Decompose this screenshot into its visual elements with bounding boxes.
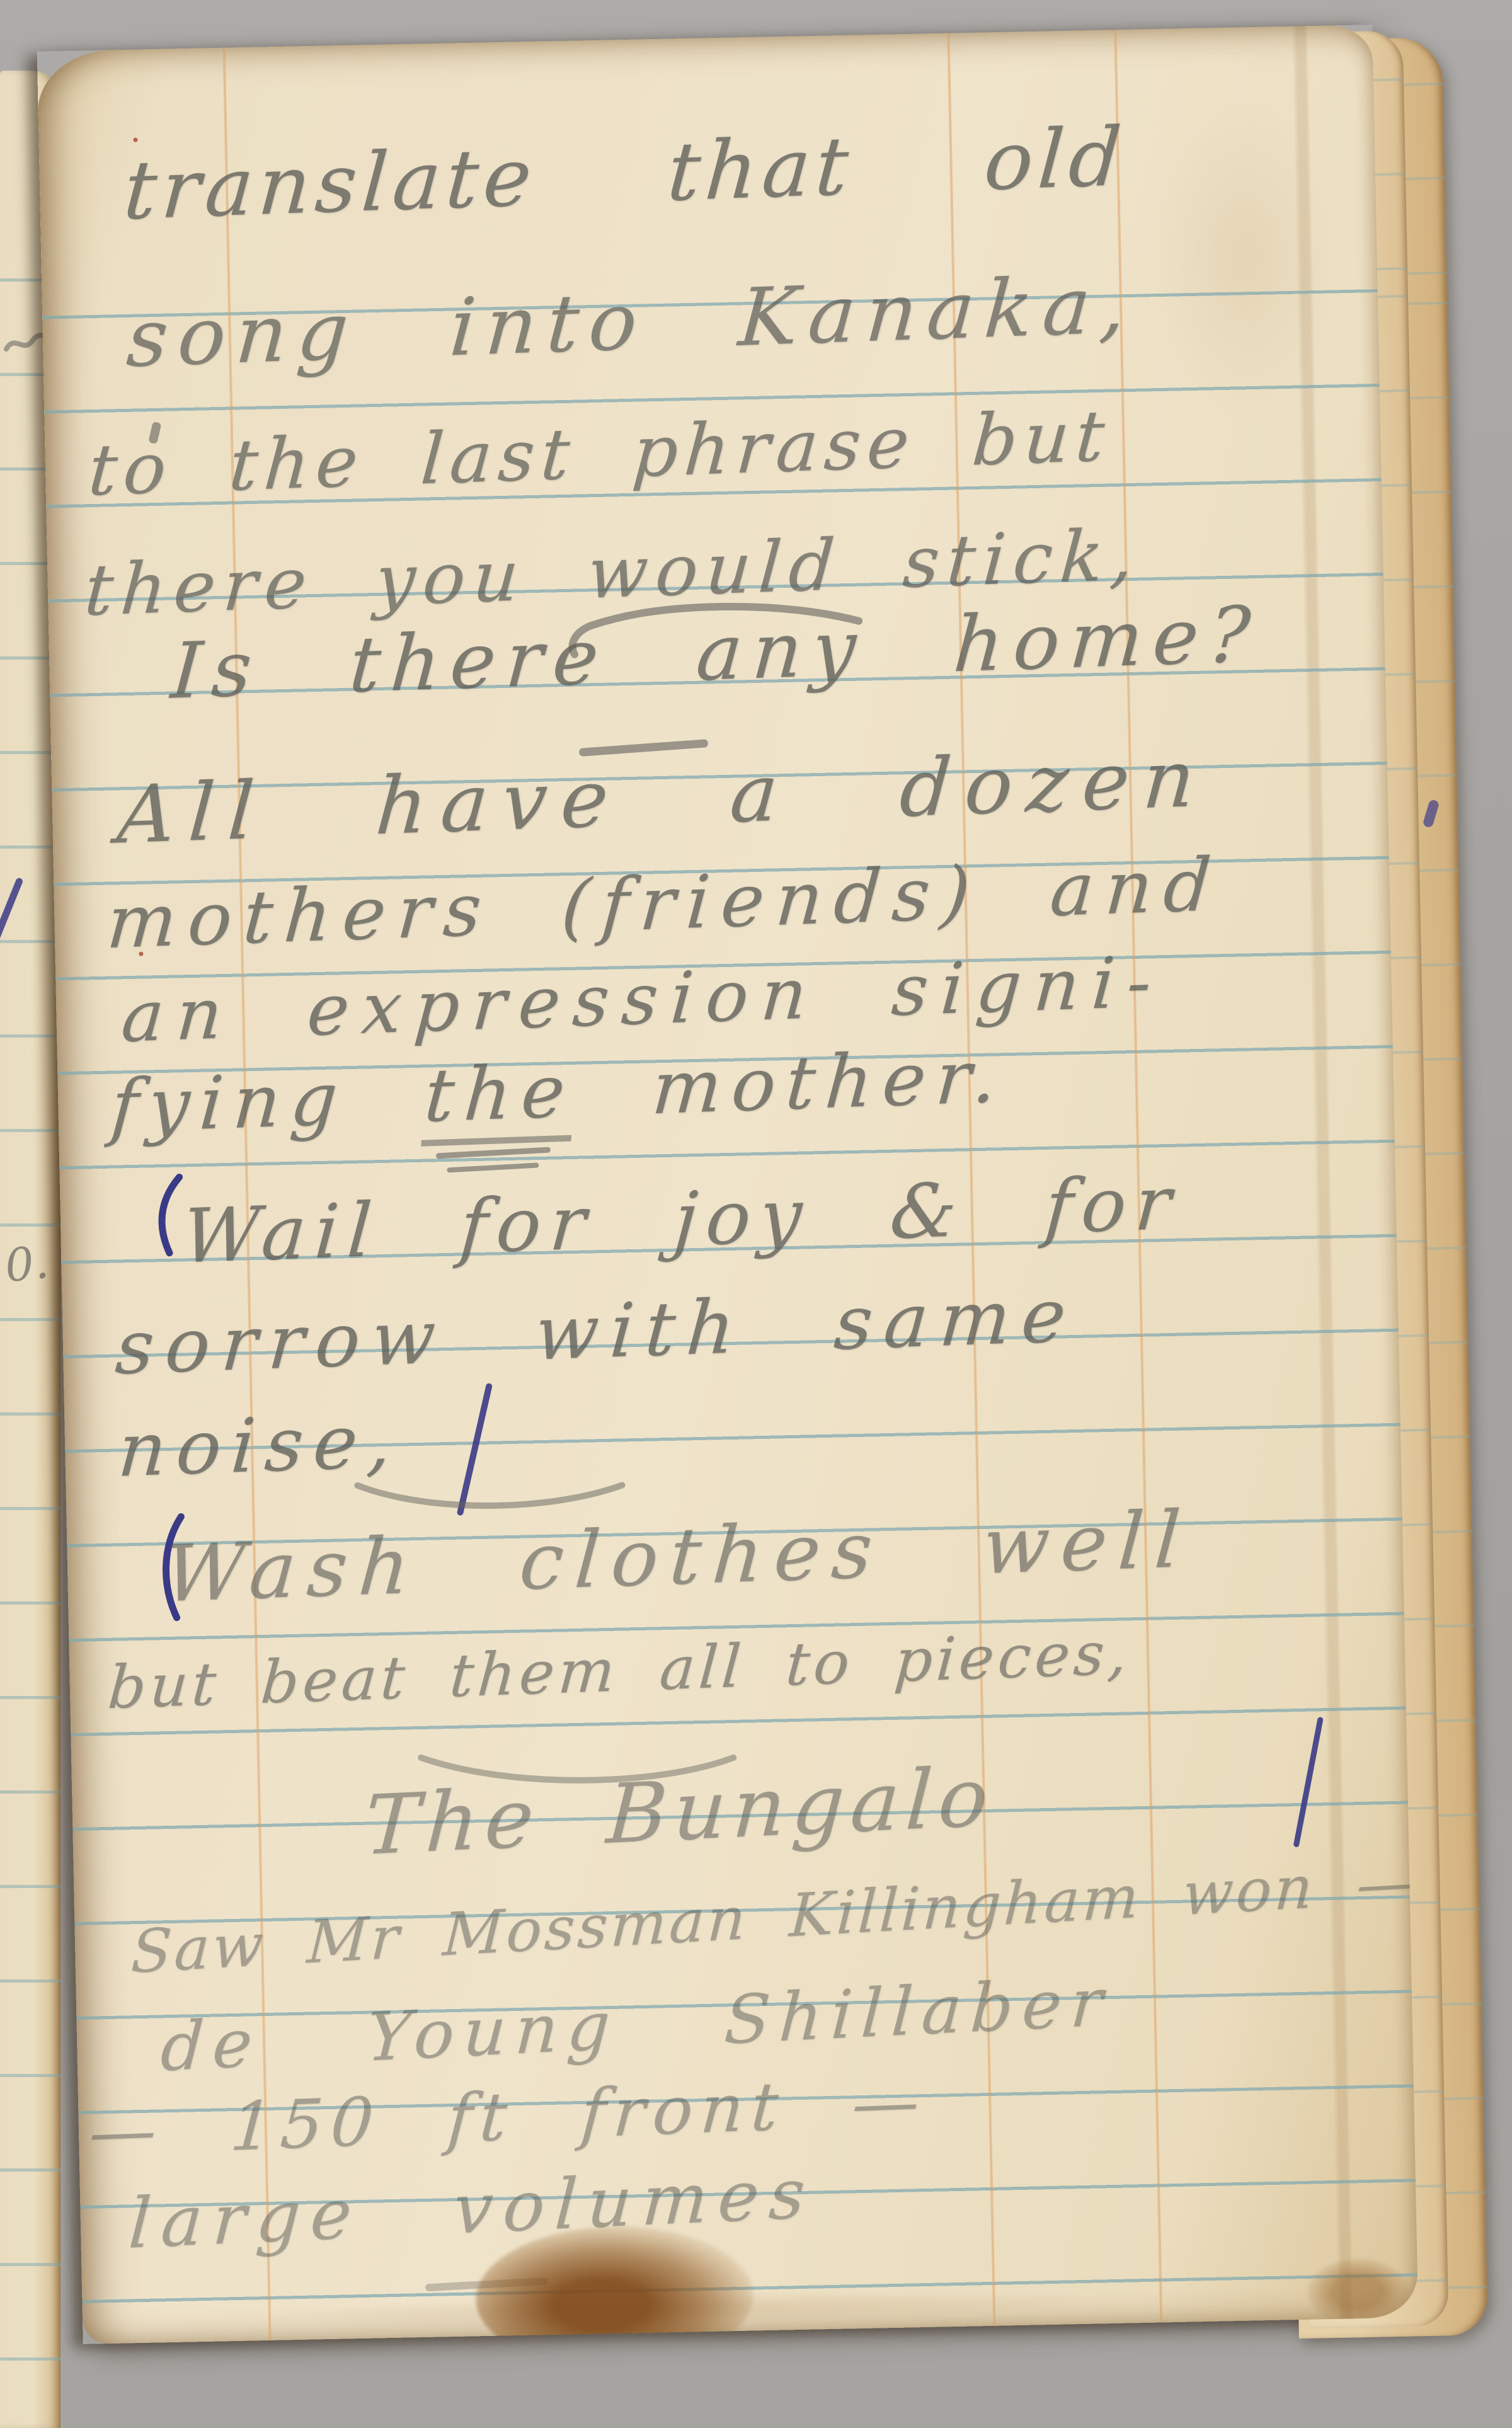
pencil-underline <box>447 1162 539 1172</box>
handwriting-line: mothers (friends) and <box>105 849 1225 959</box>
handwriting-line: Wail for joy & for <box>180 1165 1182 1273</box>
ink-slash-mark <box>0 877 24 945</box>
pencil-underline <box>436 1147 551 1159</box>
handwriting-line: sorrow with same <box>113 1278 1080 1385</box>
handwriting-layer: translate that old song into Kanaka, to … <box>37 25 1419 2344</box>
underlined-word: the <box>421 1048 578 1146</box>
ink-slash-mark <box>1293 1717 1324 1848</box>
handwriting-line: fying the mother. <box>108 1040 1009 1144</box>
notebook-page: translate that old song into Kanaka, to … <box>37 25 1419 2344</box>
handwriting-line: Saw Mr Mossman Killingham won — <box>130 1853 1418 1983</box>
line-segment: mother. <box>572 1034 1009 1134</box>
handwriting-line: Wash clothes well <box>162 1501 1194 1614</box>
paper-speck <box>139 952 143 956</box>
scanned-notebook-photo: 0. translate that old song into Kanaka, … <box>0 0 1512 2428</box>
handwriting-line: translate that old <box>122 117 1129 232</box>
handwriting-line: de Young Shillaber <box>159 1969 1113 2081</box>
line-segment: fying <box>108 1053 428 1149</box>
handwriting-line: to the last phrase but <box>86 401 1113 506</box>
page-surface: translate that old song into Kanaka, to … <box>37 25 1419 2344</box>
stain-blot <box>1307 2258 1409 2326</box>
margin-pencil-note: 0. <box>3 1235 51 1293</box>
handwriting-line: large volumes <box>127 2158 816 2259</box>
handwriting-line: All have a dozen <box>115 738 1211 855</box>
handwriting-line: but beat them all to pieces, <box>106 1624 1133 1718</box>
paper-speck <box>133 137 137 142</box>
handwriting-line: song into Kanaka, <box>124 265 1138 379</box>
